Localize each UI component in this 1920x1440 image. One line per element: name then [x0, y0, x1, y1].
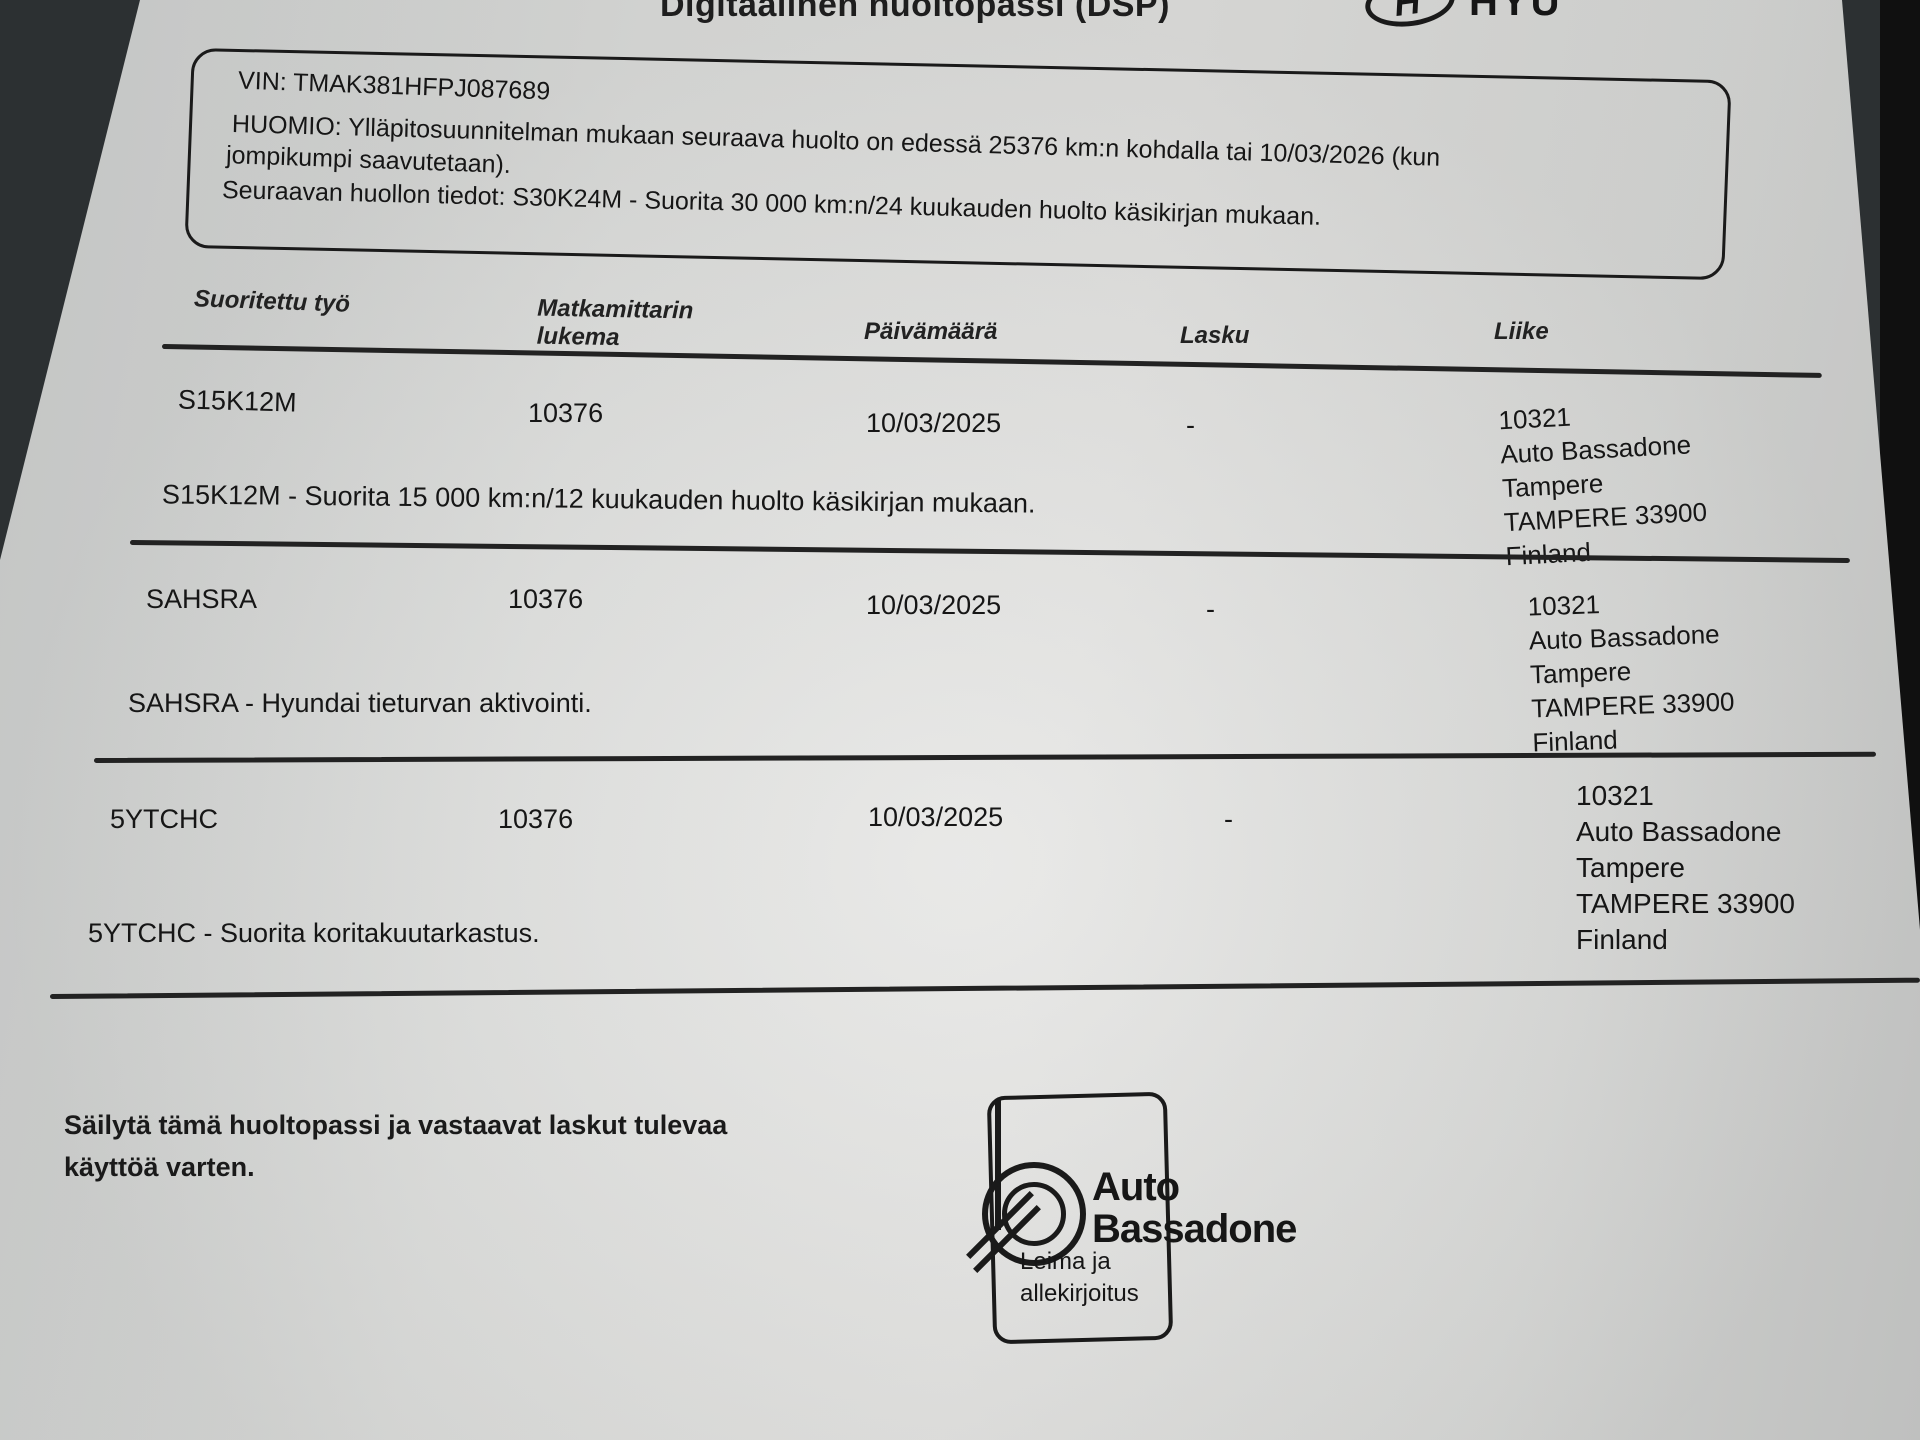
- row-date: 10/03/2025: [868, 802, 1003, 833]
- stamp-brand: Auto Bassadone: [1092, 1166, 1296, 1250]
- header-date: Päivämäärä: [864, 318, 997, 346]
- row-code: S15K12M: [178, 384, 297, 418]
- row-odometer: 10376: [498, 804, 573, 835]
- keep-passport-note: Säilytä tämä huoltopassi ja vastaavat la…: [64, 1104, 727, 1188]
- row-invoice: -: [1206, 594, 1215, 625]
- header-invoice: Lasku: [1180, 322, 1249, 350]
- header-dealer: Liike: [1494, 318, 1549, 346]
- row-description: 5YTCHC - Suorita koritakuutarkastus.: [88, 918, 540, 949]
- document-title: Digitaalinen huoltopassi (DSP): [660, 0, 1170, 25]
- stamp-caption: Leima ja allekirjoitus: [1020, 1246, 1139, 1310]
- brand-name: HYU: [1469, 0, 1562, 25]
- row-code: SAHSRA: [146, 584, 257, 615]
- row-invoice: -: [1224, 804, 1233, 835]
- row-odometer: 10376: [508, 584, 583, 615]
- row-dealer: 10321 Auto Bassadone Tampere TAMPERE 339…: [1576, 778, 1795, 958]
- row-code: 5YTCHC: [110, 804, 218, 835]
- row-dealer: 10321 Auto Bassadone Tampere TAMPERE 339…: [1527, 583, 1736, 760]
- row-date: 10/03/2025: [866, 590, 1001, 621]
- header-work: Suoritettu työ: [194, 285, 351, 318]
- row-invoice: -: [1186, 410, 1195, 441]
- row-description: SAHSRA - Hyundai tieturvan aktivointi.: [128, 688, 592, 719]
- row-date: 10/03/2025: [866, 408, 1001, 439]
- brand-header: HYU: [1365, 0, 1562, 26]
- header-odometer: Matkamittarin lukema: [537, 295, 694, 354]
- row-odometer: 10376: [528, 398, 603, 429]
- row-dealer: 10321 Auto Bassadone Tampere TAMPERE 339…: [1498, 393, 1710, 573]
